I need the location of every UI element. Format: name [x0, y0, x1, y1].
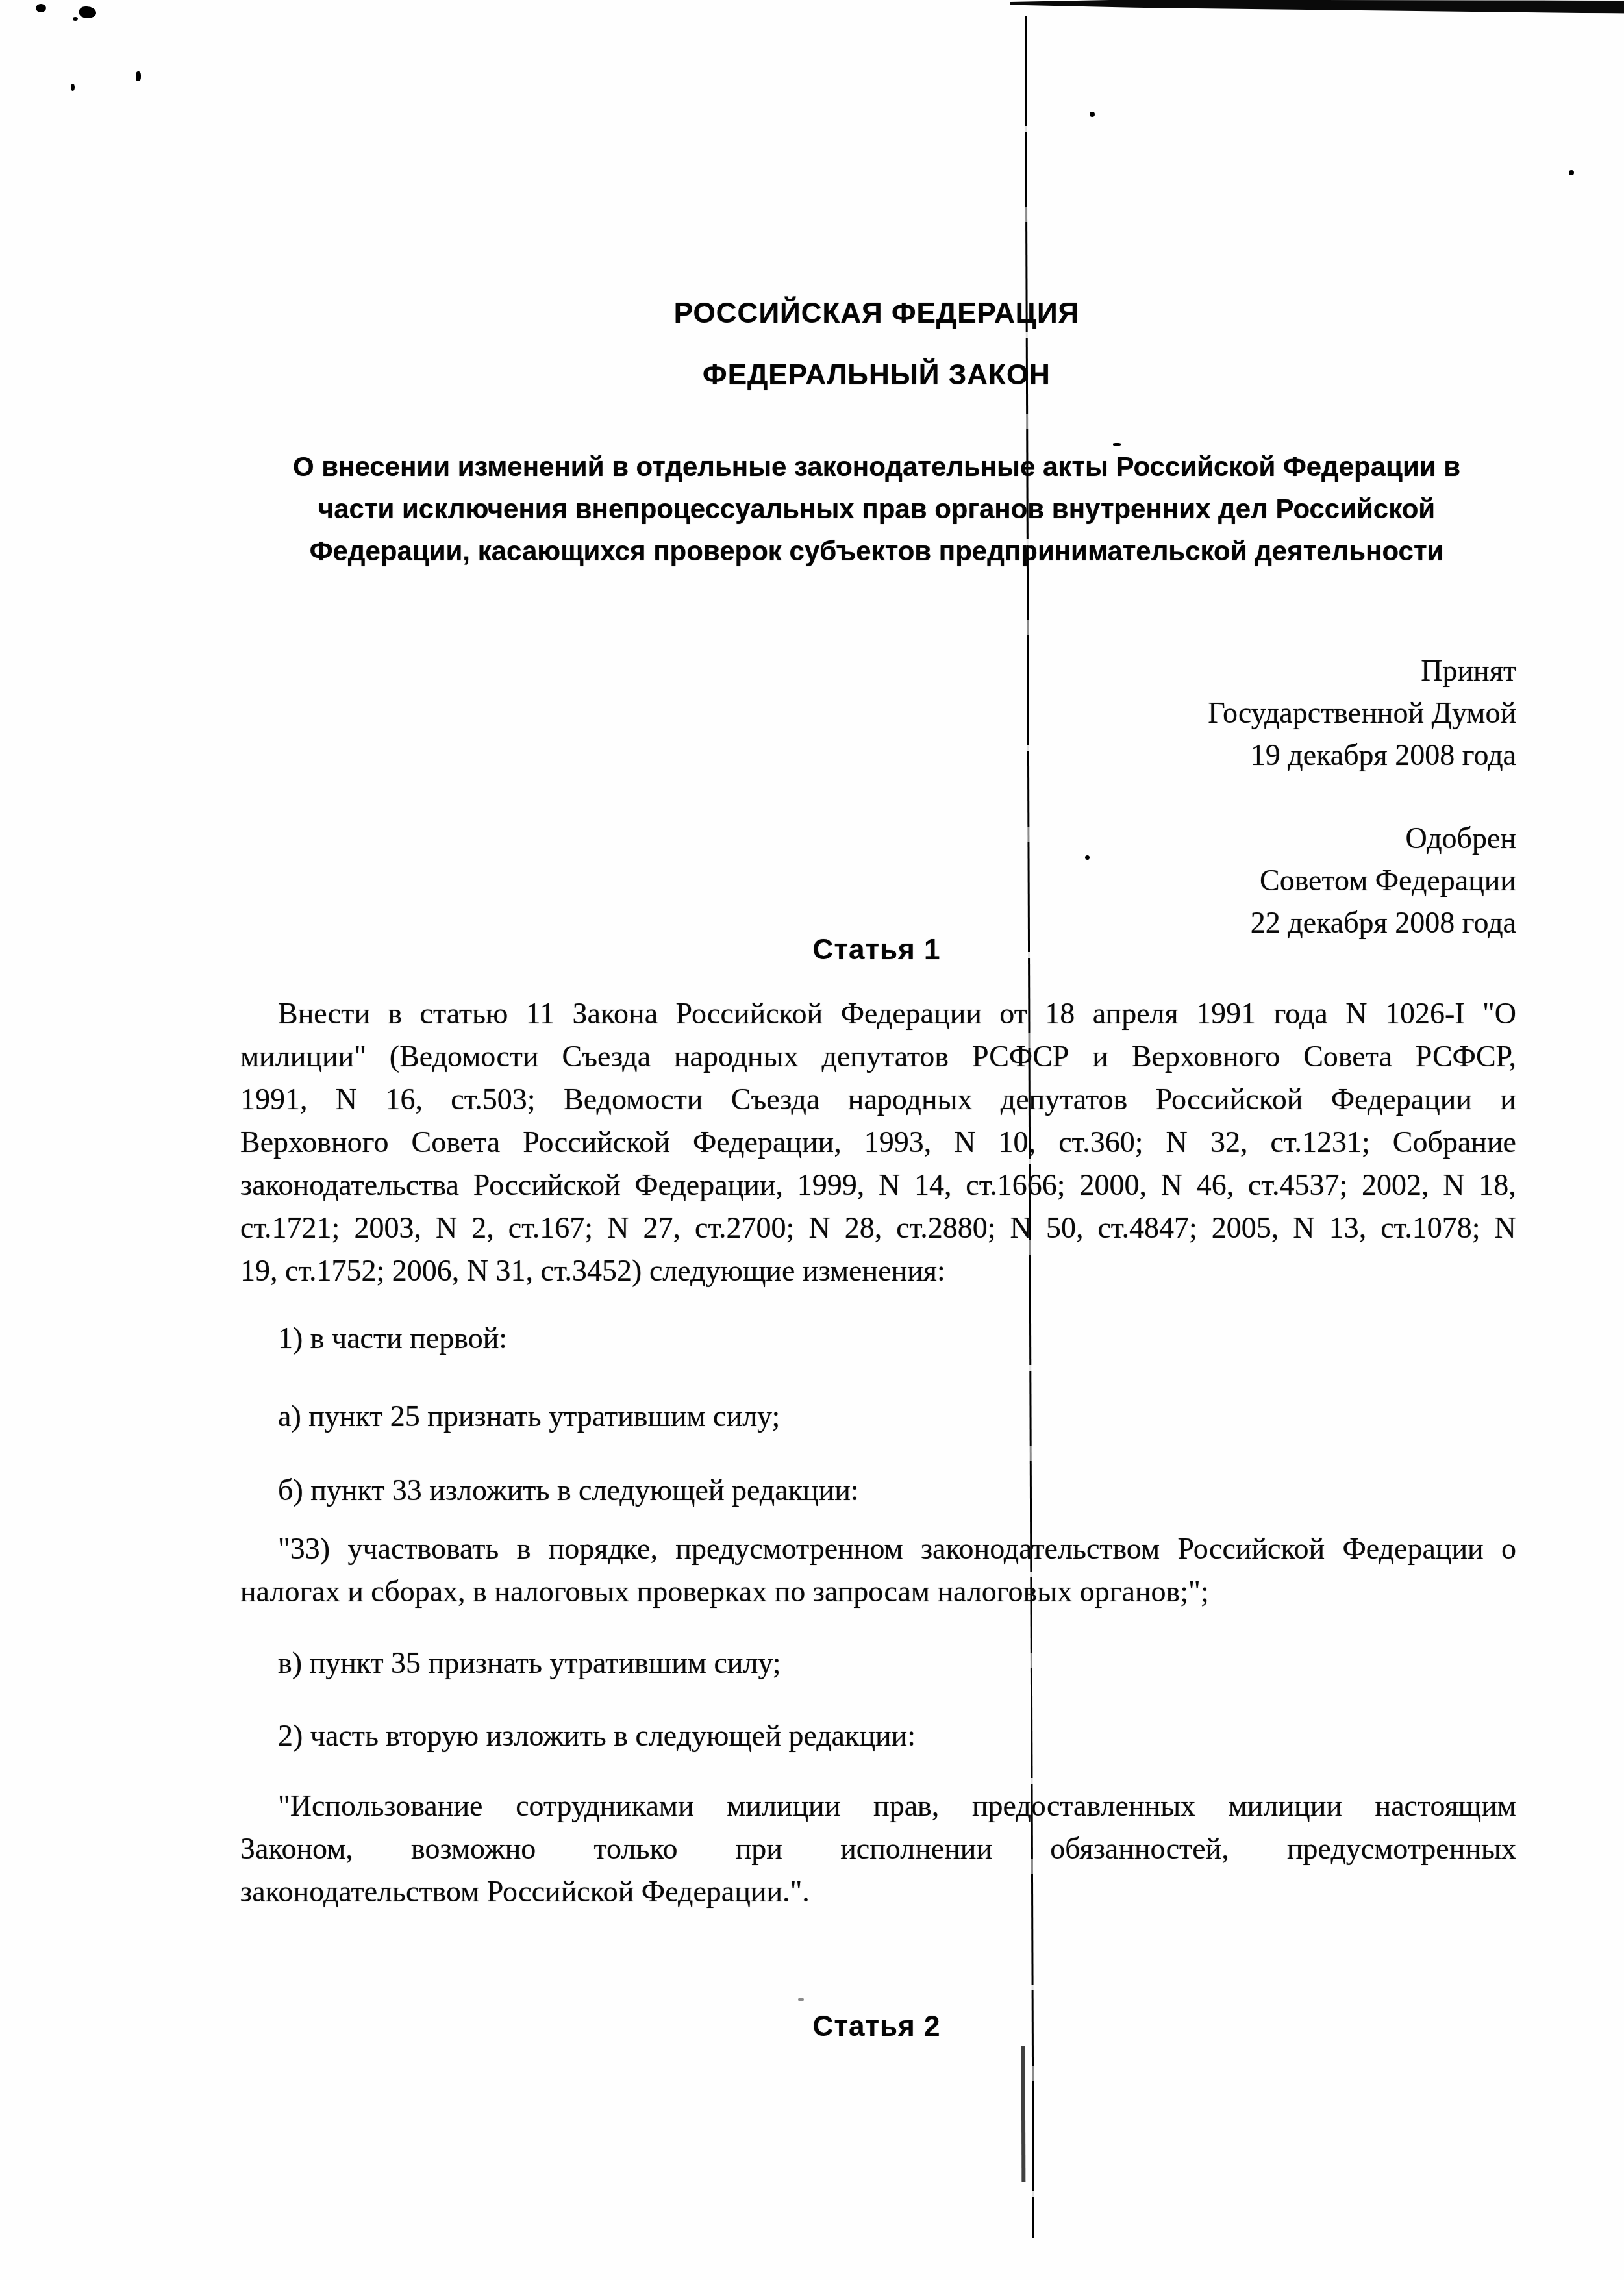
quoted-point-33: "33)участвоватьвпорядке,предусмотренномз… — [240, 1527, 1516, 1613]
law-title-line: О внесении изменений в отдельные законод… — [237, 445, 1516, 488]
article-2-heading: Статья 2 — [237, 2011, 1516, 2043]
document-type-heading: ФЕДЕРАЛЬНЫЙ ЗАКОН — [237, 359, 1516, 392]
ink-speck — [1090, 112, 1095, 117]
approved-body: Советом Федерации — [932, 859, 1516, 901]
ink-speck — [71, 84, 75, 91]
amendment-item-1: 1) в части первой: — [240, 1317, 1554, 1360]
document-text-line: законодательстваРоссийскойФедерации,1999… — [240, 1164, 1516, 1207]
ink-speck — [73, 17, 78, 21]
law-title-line: части исключения внепроцессуальных прав … — [237, 488, 1516, 530]
document-text-line: налогах и сборах, в налоговых проверках … — [240, 1570, 1516, 1613]
document-text-line: 1991,N16,ст.503;ВедомостиСъезданародныхд… — [240, 1078, 1516, 1121]
document-text-line: 19, ст.1752; 2006, N 31, ст.3452) следую… — [240, 1249, 1516, 1292]
ink-speck — [798, 1998, 804, 2001]
law-title-line: Федерации, касающихся проверок субъектов… — [237, 530, 1516, 572]
ink-speck — [36, 4, 46, 12]
ink-speck — [1569, 170, 1574, 175]
document-text-line: ВерховногоСоветаРоссийскойФедерации,1993… — [240, 1121, 1516, 1164]
quoted-part-two: "Использованиесотрудникамимилицииправ,пр… — [240, 1785, 1516, 1913]
document-text-line: Внестивстатью11ЗаконаРоссийскойФедерации… — [240, 992, 1516, 1035]
approved-label: Одобрен — [932, 817, 1516, 859]
scan-fold-line-blotch — [1021, 2046, 1026, 2182]
amendment-item-b: б) пункт 33 изложить в следующей редакци… — [240, 1469, 1554, 1512]
amendment-item-a: а) пункт 25 признать утратившим силу; — [240, 1395, 1554, 1438]
scanned-law-document-page: РОССИЙСКАЯ ФЕДЕРАЦИЯ ФЕДЕРАЛЬНЫЙ ЗАКОН О… — [0, 0, 1624, 2280]
document-text-line: "33)участвоватьвпорядке,предусмотренномз… — [240, 1527, 1516, 1570]
adopted-date: 19 декабря 2008 года — [932, 734, 1516, 776]
document-text-line: законодательством Российской Федерации."… — [240, 1870, 1516, 1913]
article-1-paragraph: Внестивстатью11ЗаконаРоссийскойФедерации… — [240, 992, 1516, 1292]
ink-speck — [136, 71, 141, 81]
amendment-item-2: 2) часть вторую изложить в следующей ред… — [240, 1714, 1554, 1757]
document-text-line: "Использованиесотрудникамимилицииправ,пр… — [240, 1785, 1516, 1827]
adopted-body: Государственной Думой — [932, 692, 1516, 734]
article-1-heading: Статья 1 — [237, 934, 1516, 966]
scan-artifact-top-edge-bar — [1010, 0, 1624, 14]
country-heading: РОССИЙСКАЯ ФЕДЕРАЦИЯ — [237, 297, 1516, 330]
adopted-by-block: Принят Государственной Думой 19 декабря … — [932, 649, 1516, 776]
adopted-label: Принят — [932, 649, 1516, 692]
amendment-item-v: в) пункт 35 признать утратившим силу; — [240, 1642, 1554, 1685]
law-title: О внесении изменений в отдельные законод… — [237, 445, 1516, 572]
approved-by-block: Одобрен Советом Федерации 22 декабря 200… — [932, 817, 1516, 944]
document-text-line: милиции"(ВедомостиСъезданародныхдепутато… — [240, 1035, 1516, 1078]
document-text-line: Законом,возможнотолькоприисполненииобяза… — [240, 1827, 1516, 1870]
ink-speck — [79, 6, 96, 18]
document-text-line: ст.1721;2003,N2,ст.167;N27,ст.2700;N28,с… — [240, 1207, 1516, 1249]
